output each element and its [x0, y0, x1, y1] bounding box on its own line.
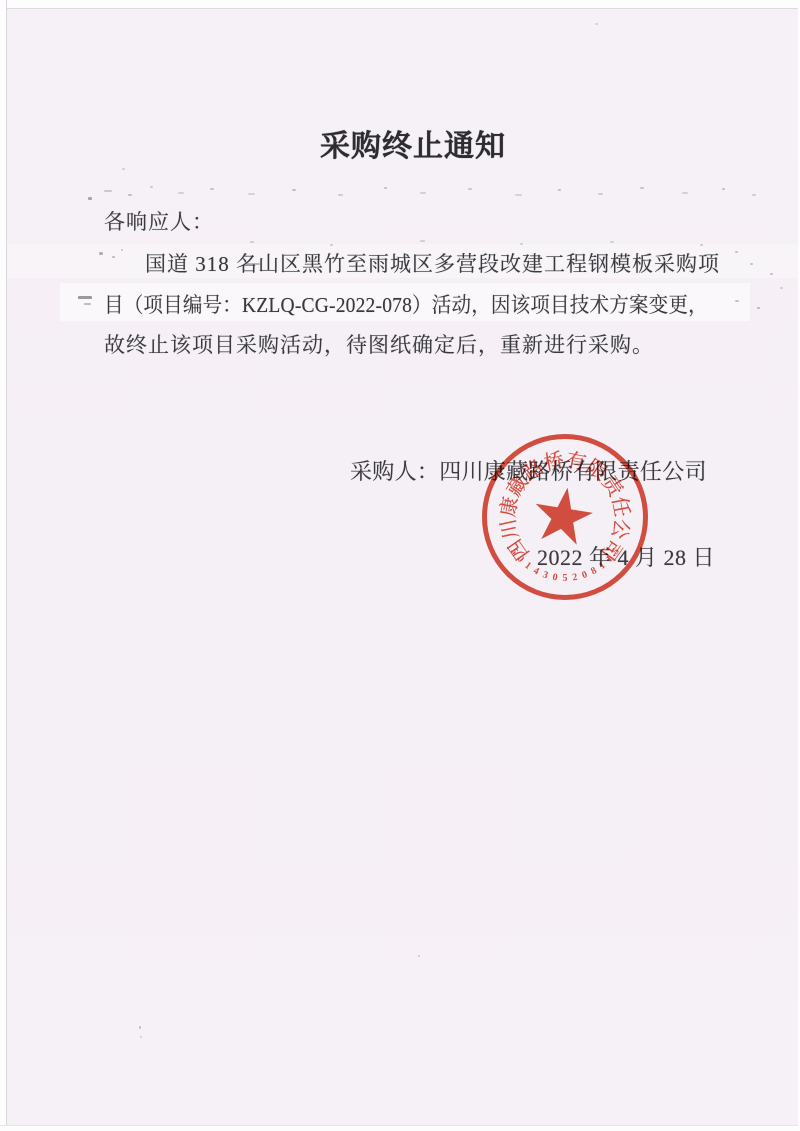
noise-speck	[178, 192, 184, 194]
noise-speck	[330, 244, 333, 246]
noise-speck	[558, 189, 561, 191]
noise-speck	[420, 192, 426, 194]
body-line-3: 故终止该项目采购活动，待图纸确定后，重新进行采购。	[104, 329, 654, 359]
noise-speck	[598, 193, 603, 195]
noise-speck	[248, 193, 255, 195]
noise-speck	[520, 243, 523, 245]
scan-edge-top	[0, 0, 800, 9]
noise-speck	[99, 252, 103, 255]
noise-speck	[246, 263, 260, 265]
noise-speck	[128, 194, 132, 196]
noise-speck	[78, 296, 92, 299]
noise-speck	[150, 186, 153, 188]
noise-speck	[640, 187, 644, 189]
scan-edge-left	[0, 0, 7, 1131]
noise-speck	[88, 197, 92, 200]
noise-speck	[610, 241, 614, 243]
noise-speck	[750, 263, 753, 265]
salutation-line: 各响应人：	[104, 206, 214, 236]
noise-speck	[112, 256, 115, 258]
scanned-notice-page: { "document": { "title": "采购终止通知", "salu…	[0, 0, 800, 1131]
noise-speck	[420, 240, 425, 242]
noise-speck	[682, 192, 688, 194]
noise-speck	[139, 1026, 141, 1029]
noise-speck	[770, 273, 773, 275]
noise-speck	[752, 194, 756, 196]
noise-speck	[722, 188, 725, 190]
seal-ring-char: 川	[493, 515, 522, 544]
noise-speck	[84, 303, 91, 305]
seal-star-icon	[530, 483, 596, 546]
noise-speck	[210, 188, 214, 190]
noise-speck	[122, 168, 125, 170]
noise-speck	[338, 194, 343, 196]
noise-speck	[104, 190, 112, 192]
noise-speck	[735, 251, 738, 253]
noise-speck	[780, 287, 783, 289]
noise-speck	[384, 187, 387, 189]
noise-speck	[595, 23, 598, 25]
noise-speck	[757, 307, 760, 309]
noise-speck	[121, 249, 123, 251]
body-line-1: 国道 318 名山区黑竹至雨城区多营段改建工程钢模板采购项	[145, 248, 720, 278]
noise-speck	[140, 1036, 142, 1038]
noise-speck	[250, 241, 254, 243]
noise-speck	[418, 955, 420, 957]
noise-speck	[468, 188, 472, 190]
notice-title: 采购终止通知	[320, 121, 506, 165]
noise-speck	[735, 300, 739, 302]
body-line-2: 目（项目编号：KZLQ-CG-2022-078）活动，因该项目技术方案变更，	[104, 289, 708, 319]
company-seal: 四川康藏路桥有限责任公司5118025034105	[482, 434, 648, 600]
noise-speck	[292, 189, 296, 191]
noise-speck	[700, 244, 703, 246]
scan-edge-bottom	[0, 1125, 800, 1131]
noise-speck	[515, 194, 522, 196]
